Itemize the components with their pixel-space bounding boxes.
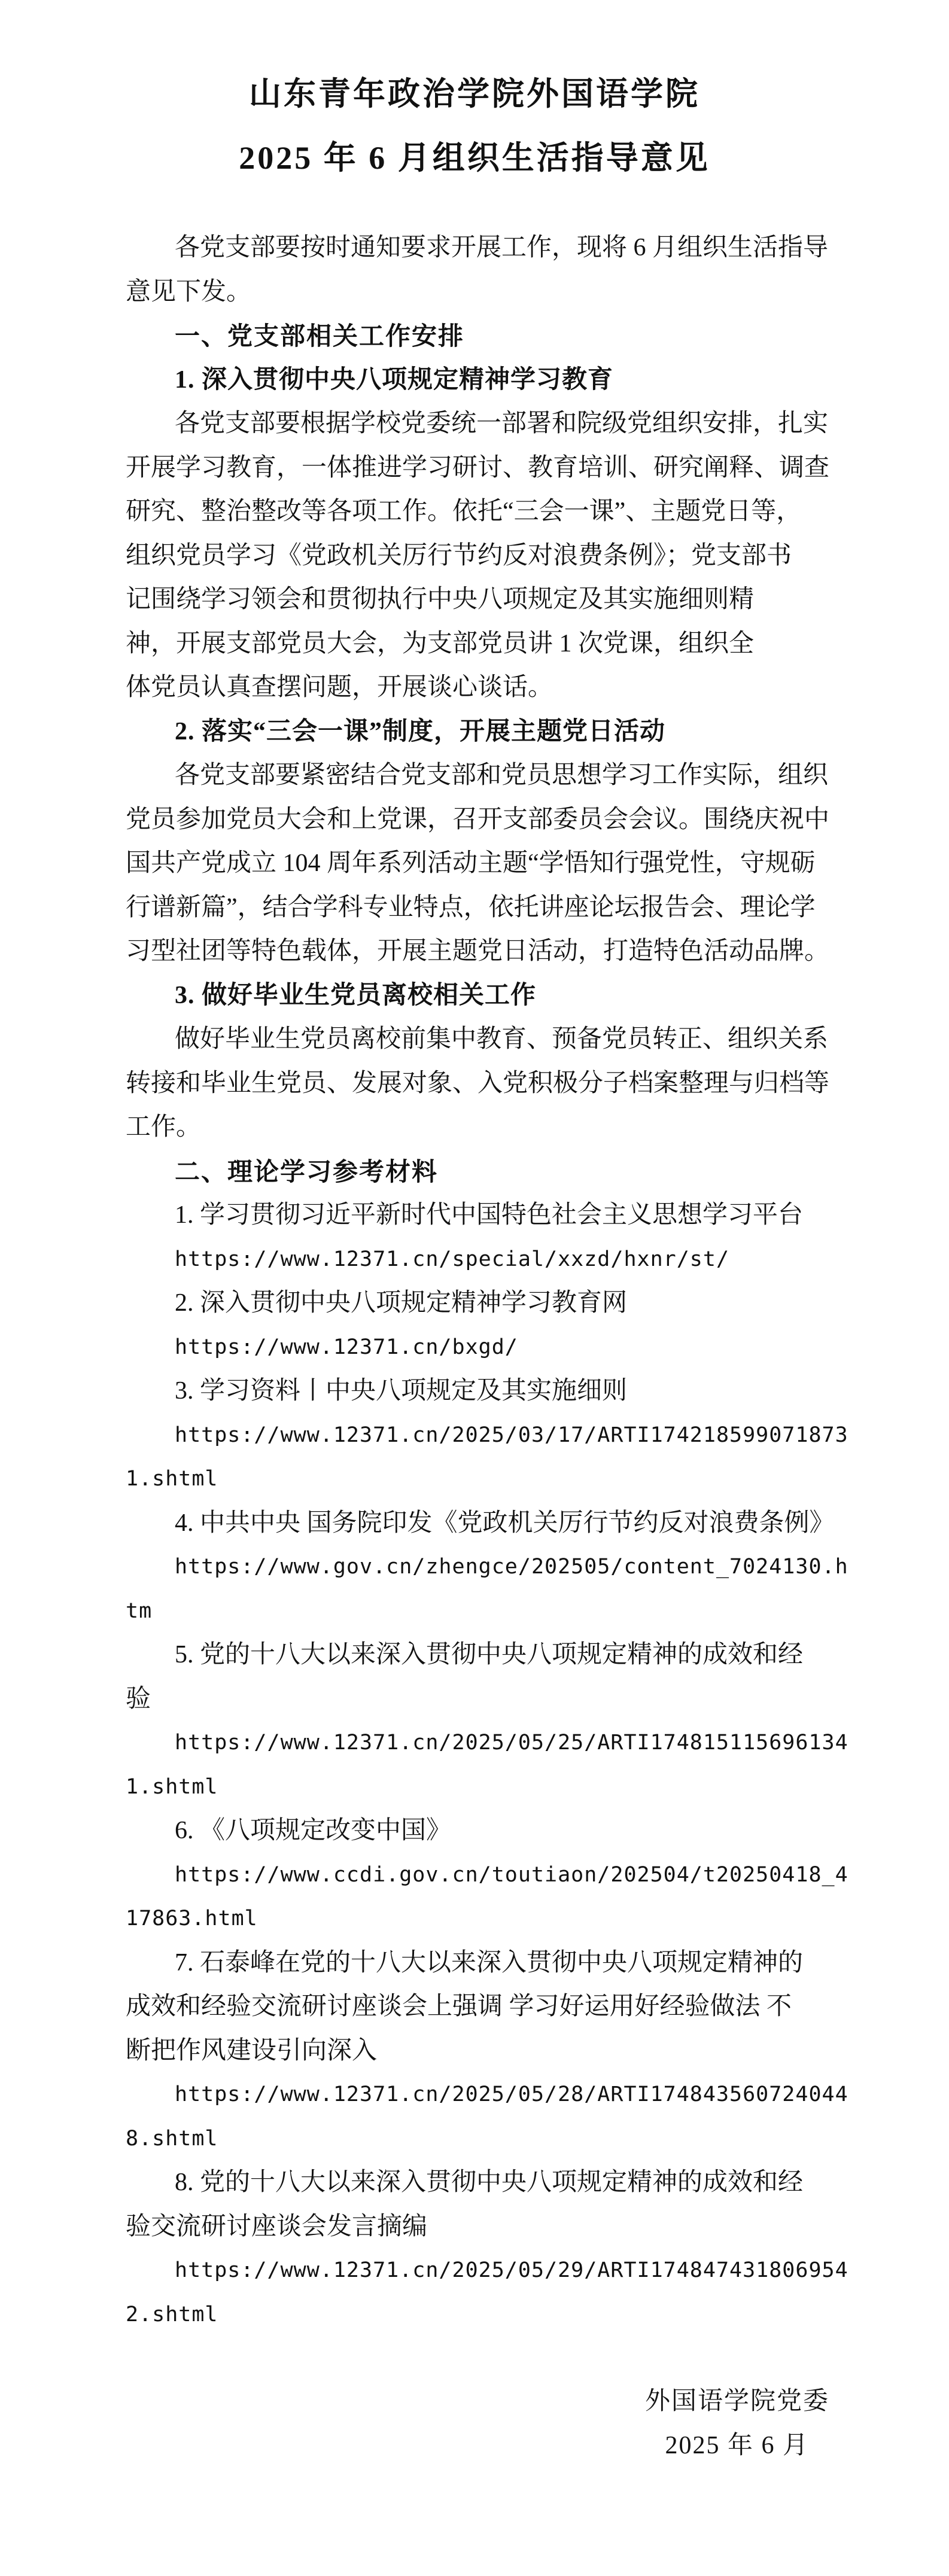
- ref-item-7-url-cont: 8.shtml: [126, 2117, 829, 2161]
- footer-date: 2025 年 6 月: [126, 2424, 829, 2468]
- ref-item-5-title-line-2: 验: [126, 1677, 829, 1722]
- ref-item-4-url: https://www.gov.cn/zhengce/202505/conten…: [126, 1545, 829, 1590]
- work-item-1-line-2: 开展学习教育，一体推进学习研讨、教育培训、研究阐释、调查: [126, 446, 829, 491]
- ref-item-5-url: https://www.12371.cn/2025/05/25/ARTI1748…: [126, 1721, 829, 1765]
- section-1-heading: 一、党支部相关工作安排: [126, 314, 829, 358]
- work-item-1-heading: 1. 深入贯彻中央八项规定精神学习教育: [126, 358, 829, 403]
- work-item-1-line-5: 记围绕学习领会和贯彻执行中央八项规定及其实施细则精: [126, 578, 829, 622]
- work-item-2-line-3: 国共产党成立 104 周年系列活动主题“学悟知行强党性，守规砺: [126, 842, 829, 886]
- section-2-heading: 二、理论学习参考材料: [126, 1150, 829, 1194]
- work-item-1-line-7: 体党员认真查摆问题，开展谈心谈话。: [126, 666, 829, 710]
- ref-item-8-title-line-1: 8. 党的十八大以来深入贯彻中央八项规定精神的成效和经: [126, 2161, 829, 2205]
- work-item-3-heading: 3. 做好毕业生党员离校相关工作: [126, 974, 829, 1018]
- ref-item-6-url: https://www.ccdi.gov.cn/toutiaon/202504/…: [126, 1853, 829, 1898]
- ref-item-4-url-cont: tm: [126, 1590, 829, 1634]
- ref-item-8-url-cont: 2.shtml: [126, 2293, 829, 2337]
- work-item-1-line-4: 组织党员学习《党政机关厉行节约反对浪费条例》；党支部书: [126, 534, 829, 578]
- ref-item-6-url-cont: 17863.html: [126, 1897, 829, 1941]
- ref-item-4-title: 4. 中共中央 国务院印发《党政机关厉行节约反对浪费条例》: [126, 1502, 829, 1546]
- work-item-2-line-4: 行谱新篇”，结合学科专业特点，依托讲座论坛报告会、理论学: [126, 886, 829, 930]
- work-item-1-line-6: 神，开展支部党员大会，为支部党员讲 1 次党课，组织全: [126, 622, 829, 666]
- document-footer: 外国语学院党委 2025 年 6 月: [126, 2380, 829, 2468]
- ref-item-5-title-line-1: 5. 党的十八大以来深入贯彻中央八项规定精神的成效和经: [126, 1633, 829, 1677]
- ref-item-2-title: 2. 深入贯彻中央八项规定精神学习教育网: [126, 1281, 829, 1326]
- ref-item-5-url-cont: 1.shtml: [126, 1765, 829, 1810]
- work-item-2-line-1: 各党支部要紧密结合党支部和党员思想学习工作实际，组织: [126, 754, 829, 798]
- ref-item-1-title: 1. 学习贯彻习近平新时代中国特色社会主义思想学习平台: [126, 1193, 829, 1238]
- work-item-2-line-5: 习型社团等特色载体，开展主题党日活动，打造特色活动品牌。: [126, 930, 829, 974]
- ref-item-7-title-line-2: 成效和经验交流研讨座谈会上强调 学习好运用好经验做法 不: [126, 1985, 829, 2029]
- work-item-3-line-2: 转接和毕业生党员、发展对象、入党积极分子档案整理与归档等: [126, 1062, 829, 1106]
- document-page: 山东青年政治学院外国语学院 2025 年 6 月组织生活指导意见 各党支部要按时…: [0, 0, 949, 2576]
- ref-item-3-url: https://www.12371.cn/2025/03/17/ARTI1742…: [126, 1414, 829, 1458]
- work-item-1-line-1: 各党支部要根据学校党委统一部署和院级党组织安排，扎实: [126, 402, 829, 446]
- intro-line-2: 意见下发。: [126, 270, 829, 315]
- ref-item-7-url: https://www.12371.cn/2025/05/28/ARTI1748…: [126, 2073, 829, 2117]
- ref-item-7-title-line-3: 断把作风建设引向深入: [126, 2029, 829, 2073]
- work-item-1-line-3: 研究、整治整改等各项工作。依托“三会一课”、主题党日等，: [126, 490, 829, 534]
- ref-item-6-title: 6. 《八项规定改变中国》: [126, 1809, 829, 1853]
- footer-signature: 外国语学院党委: [126, 2380, 829, 2424]
- document-title-line-1: 山东青年政治学院外国语学院: [0, 62, 949, 126]
- ref-item-3-url-cont: 1.shtml: [126, 1457, 829, 1502]
- document-title-block: 山东青年政治学院外国语学院 2025 年 6 月组织生活指导意见: [0, 0, 949, 190]
- work-item-3-line-1: 做好毕业生党员离校前集中教育、预备党员转正、组织关系: [126, 1018, 829, 1062]
- ref-item-3-title: 3. 学习资料丨中央八项规定及其实施细则: [126, 1369, 829, 1414]
- work-item-3-line-3: 工作。: [126, 1106, 829, 1150]
- ref-item-7-title-line-1: 7. 石泰峰在党的十八大以来深入贯彻中央八项规定精神的: [126, 1941, 829, 1986]
- work-item-2-heading: 2. 落实“三会一课”制度，开展主题党日活动: [126, 710, 829, 754]
- ref-item-8-title-line-2: 验交流研讨座谈会发言摘编: [126, 2205, 829, 2249]
- document-body: 各党支部要按时通知要求开展工作，现将 6 月组织生活指导意见下发。一、党支部相关…: [126, 226, 829, 2337]
- document-title-line-2: 2025 年 6 月组织生活指导意见: [0, 126, 949, 190]
- ref-item-2-url: https://www.12371.cn/bxgd/: [126, 1326, 829, 1370]
- ref-item-1-url: https://www.12371.cn/special/xxzd/hxnr/s…: [126, 1238, 829, 1282]
- ref-item-8-url: https://www.12371.cn/2025/05/29/ARTI1748…: [126, 2249, 829, 2293]
- work-item-2-line-2: 党员参加党员大会和上党课，召开支部委员会会议。围绕庆祝中: [126, 798, 829, 842]
- intro-line-1: 各党支部要按时通知要求开展工作，现将 6 月组织生活指导: [126, 226, 829, 270]
